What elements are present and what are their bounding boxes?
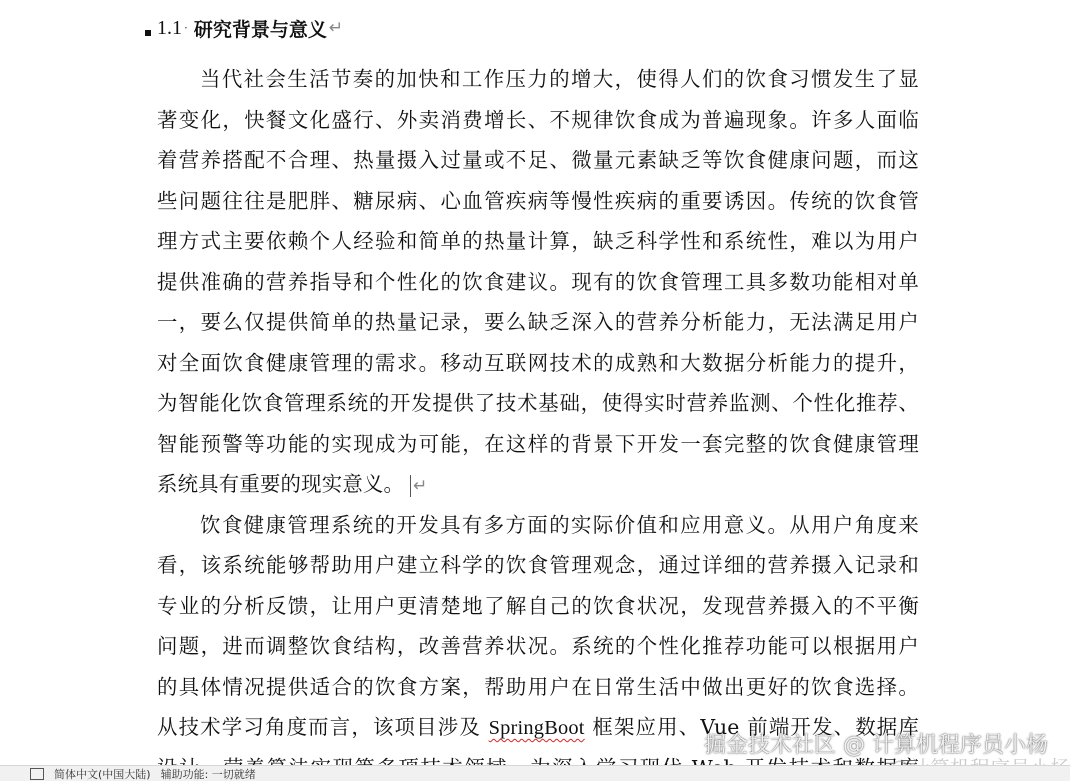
heading-title: 研究背景与意义	[194, 15, 327, 42]
text-line: 系统具有重要的现实意义。	[157, 472, 404, 496]
status-bar: 简体中文(中国大陆) 辅助功能: 一切就绪	[0, 765, 1070, 780]
text-line: 对全面饮食健康管理的需求。移动互联网技术的成熟和大数据分析能力的提升，	[157, 343, 919, 384]
text-line: 提供准确的营养指导和个性化的饮食建议。现有的饮食管理工具多数功能相对单	[157, 262, 919, 303]
heading-number: 1.1	[157, 17, 182, 40]
document-page[interactable]: 1.1 · 研究背景与意义 ↵ 当代社会生活节奏的加快和工作压力的增大，使得人们…	[0, 0, 1070, 765]
text-line-spellcheck: 从技术学习角度而言，该项目涉及 SpringBoot 框架应用、Vue 前端开发…	[157, 707, 919, 748]
paragraph-mark-icon: ↵	[413, 476, 427, 496]
text-line-with-cursor: 系统具有重要的现实意义。↵	[157, 464, 919, 505]
section-heading[interactable]: 1.1 · 研究背景与意义 ↵	[145, 12, 343, 44]
text-line: 专业的分析反馈，让用户更清楚地了解自己的饮食状况，发现营养摄入的不平衡	[157, 586, 919, 627]
text-line: 着营养搭配不合理、热量摄入过量或不足、微量元素缺乏等饮食健康问题，而这	[157, 140, 919, 181]
paragraph-mark-icon: ↵	[329, 18, 343, 38]
text-segment: 从技术学习角度而言，该项目涉及	[157, 715, 489, 739]
text-line: 饮食健康管理系统的开发具有多方面的实际价值和应用意义。从用户角度来	[157, 505, 919, 546]
list-bullet-icon	[145, 30, 151, 36]
text-line: 的具体情况提供适合的饮食方案，帮助用户在日常生活中做出更好的饮食选择。	[157, 667, 919, 708]
space-mark: ·	[184, 21, 188, 35]
text-line: 一，要么仅提供简单的热量记录，要么缺乏深入的营养分析能力，无法满足用户	[157, 302, 919, 343]
text-line: 问题，进而调整饮食结构，改善营养状况。系统的个性化推荐功能可以根据用户	[157, 626, 919, 667]
text-line: 智能预警等功能的实现成为可能，在这样的背景下开发一套完整的饮食健康管理	[157, 424, 919, 465]
text-line: 设计、营养算法实现等多项技术领域。为深入学习现代 Web 开发技术和数据库	[157, 748, 919, 766]
language-indicator[interactable]: 简体中文(中国大陆)	[54, 766, 151, 781]
text-line: 当代社会生活节奏的加快和工作压力的增大，使得人们的饮食习惯发生了显	[157, 59, 919, 100]
text-cursor	[410, 475, 411, 497]
text-line: 些问题往往是肥胖、糖尿病、心血管疾病等慢性疾病的重要诱因。传统的饮食管	[157, 181, 919, 222]
accessibility-status[interactable]: 辅助功能: 一切就绪	[161, 766, 256, 781]
text-line: 为智能化饮食管理系统的开发提供了技术基础，使得实时营养监测、个性化推荐、	[157, 383, 919, 424]
text-line: 看，该系统能够帮助用户建立科学的饮食管理观念，通过详细的营养摄入记录和	[157, 545, 919, 586]
text-line: 著变化，快餐文化盛行、外卖消费增长、不规律饮食成为普遍现象。许多人面临	[157, 100, 919, 141]
document-stats-icon[interactable]	[30, 768, 44, 780]
document-body[interactable]: 当代社会生活节奏的加快和工作压力的增大，使得人们的饮食习惯发生了显 著变化，快餐…	[157, 59, 919, 765]
text-line: 理方式主要依赖个人经验和简单的热量计算，缺乏科学性和系统性，难以为用户	[157, 221, 919, 262]
spellcheck-flagged-word[interactable]: SpringBoot	[489, 717, 585, 739]
text-segment: 框架应用、Vue 前端开发、数据库	[585, 715, 919, 739]
